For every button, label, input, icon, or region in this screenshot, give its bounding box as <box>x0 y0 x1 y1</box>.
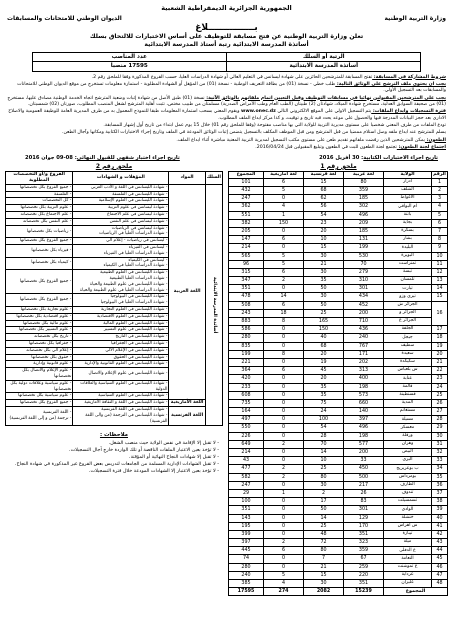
seats-cell: 10 <box>304 457 344 465</box>
wilaya-name-cell: مستغانم <box>384 408 432 416</box>
seats-cell: 68 <box>304 342 344 350</box>
qualification-row: اللغة الفرنسية- شهادة الليسانس في اللغة … <box>6 407 223 425</box>
wilaya-number-cell: 20 <box>432 350 448 358</box>
seats-cell: 452 <box>344 301 384 309</box>
diploma-line: - شهادة الليسانس في العلوم التجارية <box>74 307 167 313</box>
ministry-title: وزارة التربية الوطنية <box>384 15 446 22</box>
diploma-line: - شهادة ليسانس في علوم التربية <box>74 205 167 211</box>
seats-cell: 131 <box>344 236 384 244</box>
seats-cell: 80 <box>304 547 344 555</box>
seats-cell: 310 <box>344 277 384 285</box>
wilaya-row: 20سعيدة171208199 <box>229 350 448 358</box>
seats-cell: 577 <box>344 440 384 448</box>
seats-cell: 45 <box>304 367 344 375</box>
seats-cell: 17 <box>304 498 344 506</box>
diploma-cell: - شهادة الليسانس في العلوم الاقتصادية <box>73 313 169 320</box>
diploma-cell: - شهادة الليسانس في العلوم السياسية <box>73 393 169 400</box>
seats-cell: 573 <box>344 391 384 399</box>
seats-cell: 1 <box>264 211 304 219</box>
seats-cell: 70 <box>304 440 344 448</box>
diploma-cell: - ليسانس في رياضيات - إعلام آلي <box>73 238 169 245</box>
notes-list: - لا تقبل إلا الإقامة في نفس الولاية حيث… <box>9 440 219 476</box>
wilaya-row: 25قسنطينة573350608 <box>229 391 448 399</box>
seats-cell: 96 <box>229 260 264 268</box>
onec-website-link[interactable]: www.onec.dz <box>241 109 276 114</box>
diploma-cell: - شهادة الليسانس في العلوم الطبيعية- شها… <box>73 270 169 294</box>
wilaya-number-cell: 35 <box>432 473 448 481</box>
seats-cell: 0 <box>264 408 304 416</box>
seats-cell: 5 <box>264 252 304 260</box>
branches-cell: - جميع الفروع بكل تخصصاتها <box>6 238 73 245</box>
branches-cell: - علوم التسيير بكل تخصصاتها <box>6 327 73 334</box>
qualification-row: أساتذة المدرسة الابتدائيةاللغة العربية- … <box>6 184 223 191</box>
wilaya-name-cell: تسمسيلت <box>384 498 432 506</box>
seats-cell: 550 <box>229 424 264 432</box>
wilaya-number-cell: 29 <box>432 424 448 432</box>
branch-line: - علوم سياسية بكل تخصصاتها <box>7 393 71 399</box>
seats-cell: 6 <box>264 367 304 375</box>
wilaya-row: 7بسكرة185200205 <box>229 227 448 235</box>
seats-cell: 247 <box>229 195 264 203</box>
seats-cell: 50 <box>304 506 344 514</box>
seats-cell: 23 <box>304 219 344 227</box>
wilaya-row: 17الجلفة4361500586 <box>229 326 448 334</box>
seats-cell: 359 <box>344 187 384 195</box>
seats-cell: 6 <box>264 178 304 186</box>
wilaya-row: 18جيجل240400280 <box>229 334 448 342</box>
seats-cell: 362 <box>229 203 264 211</box>
paragraph-lead: اجتماع لجنة الطعون: <box>397 145 446 150</box>
qualification-row: اللغة الأمازيغية- شهادة الليسانس في اللغ… <box>6 400 223 407</box>
wilaya-number-cell: 5 <box>432 211 448 219</box>
wilaya-row: 29معسكر496540550 <box>229 424 448 432</box>
branch-line: - جميع الفروع بكل تخصصاتها <box>7 185 71 191</box>
seats-cell: 883 <box>229 318 264 326</box>
diploma-line: - شهادة الليسانس في العلوم المالية <box>74 321 167 327</box>
total-value-cell: 2082 <box>304 588 344 596</box>
annex1-section: ملحق رقم 1 الرقم الولاية لغة عربية لغة ف… <box>229 163 448 597</box>
wilaya-number-cell: 34 <box>432 465 448 473</box>
diploma-line: - شهادة الدراسات العليا في البيولوجيا <box>74 300 167 306</box>
wilaya-name-cell: الوادي <box>384 506 432 514</box>
wilaya-row: 44ع الدفلى359806445 <box>229 547 448 555</box>
wilaya-row: 1ادرار80156101 <box>229 178 448 186</box>
diploma-line: - شهادة الدراسات العليا في علوم الطبيعة … <box>74 288 167 294</box>
branch-line: - حقوق بكل تخصصاتها <box>7 355 71 361</box>
wilaya-row: 35بومرداس500802582 <box>229 473 448 481</box>
seats-cell: 835 <box>229 342 264 350</box>
wilaya-name-cell: س اهراس <box>384 522 432 530</box>
diploma-line: - شهادة الليسانس في العلوم السياسية والع… <box>74 381 167 393</box>
seats-cell: 30 <box>304 268 344 276</box>
seats-cell: 477 <box>229 465 264 473</box>
seats-cell: 0 <box>264 416 304 424</box>
seats-cell: 0 <box>264 227 304 235</box>
wilaya-name-cell: الجزائر غ <box>384 318 432 326</box>
written-exam-date-label: تاريخ اجراء الاختبارات الكتابية <box>363 155 438 161</box>
seats-cell: 530 <box>344 252 384 260</box>
wilaya-row: 36الطارف217300247 <box>229 481 448 489</box>
wilaya-name-cell: البليدة <box>384 244 432 252</box>
seats-cell: 5 <box>264 187 304 195</box>
seats-cell: 2 <box>264 277 304 285</box>
wilaya-name-cell: سعيدة <box>384 350 432 358</box>
office-title: الديوان الوطني للامتحانات والمسابقات <box>7 15 122 22</box>
wilaya-name-cell: بسكرة <box>384 227 432 235</box>
seats-cell: 497 <box>229 416 264 424</box>
seats-cell: 43 <box>229 457 264 465</box>
notes-section: ملاحظات : - لا تقبل إلا الإقامة في نفس ا… <box>5 431 223 476</box>
diploma-line: - شهادة الليسانس في الفلسفة <box>74 192 167 198</box>
seats-cell: 50 <box>304 301 344 309</box>
wilaya-number-cell: 28 <box>432 416 448 424</box>
wilaya-number-cell: 45 <box>432 555 448 563</box>
diploma-cell: - شهادة الليسانس في الفلسفة <box>73 191 169 198</box>
seats-cell: 0 <box>264 432 304 440</box>
branch-line: - علوم الإعلام والاتصال بكل تخصصاتها <box>7 368 71 380</box>
seats-cell: 150 <box>264 219 304 227</box>
wilaya-row: 6بجاية20923150382 <box>229 219 448 227</box>
paragraph: اجتماع لجنة الطعون: تجتمع لجنة الطعون لل… <box>7 145 446 152</box>
seats-cell: 165 <box>304 318 344 326</box>
seats-cell: 347 <box>229 277 264 285</box>
diploma-line: - شهادة الليسانس في الترجمة (من والى الل… <box>74 413 167 425</box>
seats-cell: 28 <box>304 432 344 440</box>
branches-cell: - رياضيات بكل تخصصاتها <box>6 225 73 238</box>
annex1-title: ملحق رقم 1 <box>229 163 448 170</box>
post-table-header-count: عدد المناصب <box>32 52 226 61</box>
seats-cell: 35 <box>304 383 344 391</box>
wilaya-name-cell: قسنطينة <box>384 391 432 399</box>
diploma-line: - شهادة الليسانس في اللغة و الأدب العربي <box>74 185 167 191</box>
seats-cell: 0 <box>264 555 304 563</box>
diploma-line: - شهادة الليسانس في الحقوق <box>74 355 167 361</box>
seats-cell: 399 <box>229 530 264 538</box>
republic-title: الجمهورية الجزائرية الديمقراطية الشعبية <box>5 4 448 12</box>
seats-cell: 101 <box>229 178 264 186</box>
wilaya-name-cell: البيض <box>384 449 432 457</box>
seats-cell: 67 <box>344 555 384 563</box>
paragraph: الطعون: يمكن للمترشحين الذين رفضت ملفاته… <box>7 138 446 145</box>
seats-cell: 200 <box>344 309 384 317</box>
seats-cell: 496 <box>344 424 384 432</box>
seats-cell: 35 <box>304 277 344 285</box>
annex1-header-tamazight: لغة امازيغية <box>264 171 304 178</box>
wilaya-number-cell: 4 <box>432 203 448 211</box>
seats-cell: 185 <box>344 227 384 235</box>
wilaya-name-cell: الجزائر ش <box>384 301 432 309</box>
annex2-header-diplomas: المؤهلات و الشهادات <box>73 171 169 184</box>
wilaya-name-cell: س بلعباس <box>384 367 432 375</box>
annex2-section: ملحق رقم 2 السلك المواد المؤهلات و الشها… <box>5 163 223 476</box>
seats-cell: 302 <box>344 203 384 211</box>
wilaya-name-cell: مسيلة <box>384 416 432 424</box>
branches-cell: - كيمياء بكل تخصصاتها <box>6 257 73 270</box>
seats-cell: 0 <box>264 522 304 530</box>
wilaya-number-cell: 21 <box>432 358 448 366</box>
seats-cell: 0 <box>264 285 304 293</box>
seats-cell: 199 <box>344 244 384 252</box>
seats-cell: 0 <box>264 449 304 457</box>
diploma-line: - شهادة الليسانس في علوم الإعلام والاتصا… <box>74 371 167 377</box>
wilaya-row: 11تمنراست7021596 <box>229 260 448 268</box>
branches-cell: - علوم سياسية وعلاقات دولية بكل تخصصاتها <box>6 380 73 393</box>
diploma-cell: - شهادة الليسانس في العلوم السياسية والع… <box>73 380 169 393</box>
seats-cell: 313 <box>344 367 384 375</box>
note-item: - لا تقبل إلا شهادات النجاح النهائية أو … <box>9 454 219 461</box>
seats-cell: 15 <box>304 178 344 186</box>
annex2-header-branches: الفروع و/أو التخصصات المطلوبة <box>6 171 73 184</box>
wilaya-name-cell: ميلة <box>384 539 432 547</box>
branch-line: - علوم التسيير بكل تخصصاتها <box>7 327 71 333</box>
seats-cell: 496 <box>344 211 384 219</box>
diploma-line: - شهادة الليسانس في الجغرافيا <box>74 341 167 347</box>
seats-cell: 200 <box>344 449 384 457</box>
wilaya-row: 9البليدة199150214 <box>229 244 448 252</box>
seats-cell: 80 <box>344 178 384 186</box>
wilaya-number-cell: 42 <box>432 530 448 538</box>
seats-cell: 323 <box>344 539 384 547</box>
wilaya-number-cell: 46 <box>432 563 448 571</box>
seats-cell: 420 <box>229 375 264 383</box>
branches-cell: - اللغة الفرنسية- ترجمة (من و إلى اللغة … <box>6 407 73 425</box>
branches-cell: - فيزياء بكل تخصصاتها <box>6 245 73 258</box>
wilaya-name-cell: جيجل <box>384 334 432 342</box>
branch-line: - علوم قانونية وإدارية <box>7 361 71 367</box>
seats-cell: 351 <box>229 285 264 293</box>
annex1-header-row: الرقم الولاية لغة عربية لغة فرنسية لغة ا… <box>229 171 448 178</box>
wilaya-name-cell: المدية <box>384 399 432 407</box>
body-paragraphs: شروط المشاركة في المسابقة: تفتح المسابقة… <box>5 74 448 153</box>
oral-exam-date: تاريخ اجراء اختبار شفهي للقبول النهائي: … <box>25 155 180 161</box>
seats-cell: 217 <box>344 481 384 489</box>
wilaya-row: 28مسيلة3971000497 <box>229 416 448 424</box>
wilaya-name-cell: تبسة <box>384 268 432 276</box>
seats-cell: 240 <box>229 571 264 579</box>
branches-cell: - إعلام آلي بكل تخصصاته <box>6 347 73 354</box>
seats-cell: 2 <box>264 465 304 473</box>
branches-cell: - علوم اقتصادية بكل تخصصاتها <box>6 313 73 320</box>
seats-cell: 2 <box>304 489 344 497</box>
seats-cell: 205 <box>229 227 264 235</box>
wilaya-number-cell: 23 <box>432 375 448 383</box>
seats-cell: 240 <box>344 334 384 342</box>
diploma-cell: - شهادة الليسانس في العلوم الإسلامية <box>73 198 169 205</box>
wilaya-row: 41س اهراس170250195 <box>229 522 448 530</box>
branch-line: - علم الاجتماع بكل تخصصاته <box>7 212 71 218</box>
seats-cell: 582 <box>229 473 264 481</box>
wilaya-number-cell: 17 <box>432 326 448 334</box>
seats-cell: 608 <box>229 391 264 399</box>
annex2-header-corps: السلك <box>205 171 222 184</box>
wilaya-name-cell: ام البواقي <box>384 203 432 211</box>
seats-cell: 147 <box>229 236 264 244</box>
annex1-header-num: الرقم <box>432 171 448 178</box>
seats-cell: 233 <box>229 383 264 391</box>
note-item: - لا تؤخذ بعين الاعتبار الملفات الناقصة … <box>9 447 219 454</box>
paragraph: يسلم للمترشح عند ايداع ملفه وصل استلام م… <box>7 130 446 137</box>
wilaya-name-cell: تندوف <box>384 489 432 497</box>
seats-cell: 397 <box>344 416 384 424</box>
branches-cell: - كل التخصصات <box>6 198 73 205</box>
written-exam-date-value: : 30 أفريل 2016 <box>319 155 363 161</box>
wilaya-row: 16الجزائر ش452506508 <box>229 301 448 309</box>
seats-cell: 70 <box>344 260 384 268</box>
paragraph-lead: يجب على المترشحين المقبولين نهائيا في مس… <box>205 96 446 101</box>
wilaya-number-cell: 1 <box>432 178 448 186</box>
branches-cell: - علوم الإعلام والاتصال بكل تخصصاتها <box>6 368 73 381</box>
wilaya-number-cell: 14 <box>432 285 448 293</box>
wilaya-name-cell: ورقلة <box>384 432 432 440</box>
diploma-line: - شهادة الليسانس في العلوم الاقتصادية <box>74 314 167 320</box>
diploma-cell: - شهادة الليسانس في البيولوجيا- شهادة ال… <box>73 294 169 307</box>
paragraph-lead: فترة التسجيلات وايداع الملفات: <box>371 109 446 114</box>
seats-cell: 83 <box>344 498 384 506</box>
wilaya-name-cell: خنشلة <box>384 514 432 522</box>
wilaya-name-cell: تيبازة <box>384 530 432 538</box>
wilaya-row: 4ام البواقي302564362 <box>229 203 448 211</box>
seats-cell: 14 <box>304 514 344 522</box>
seats-cell: 21 <box>304 563 344 571</box>
seats-cell: 15 <box>304 571 344 579</box>
branch-line: - الفلسفة <box>7 192 71 198</box>
annex2-title: ملحق رقم 2 <box>5 163 223 170</box>
seats-cell: 30 <box>304 580 344 588</box>
branches-cell: - جميع الفروع بكل تخصصاتها <box>6 184 73 191</box>
diploma-cell: - شهادة الليسانس في الحقوق <box>73 354 169 361</box>
seats-cell: 20 <box>304 227 344 235</box>
diploma-cell: - شهادة الليسانس في اللغة و الثقافة الأم… <box>73 400 169 407</box>
seats-cell: 10 <box>304 236 344 244</box>
seats-cell: 767 <box>344 342 384 350</box>
total-value-cell: 17595 <box>229 588 264 596</box>
wilaya-name-cell: ع الدفلى <box>384 547 432 555</box>
paragraph-lead: شروط المشاركة في المسابقة: <box>372 75 446 80</box>
seats-cell: 29 <box>229 489 264 497</box>
seats-cell: 20 <box>304 375 344 383</box>
wilaya-row: 3الاغواط185620247 <box>229 195 448 203</box>
branch-line: - جغرافيا بكل تخصصاتها <box>7 341 71 347</box>
branches-cell: - جغرافيا بكل تخصصاتها <box>6 340 73 347</box>
wilaya-row: 48غليزان351304385 <box>229 580 448 588</box>
total-label-cell: المجموع <box>384 588 448 596</box>
seats-cell: 445 <box>229 547 264 555</box>
wilaya-name-cell: تلمسان <box>384 277 432 285</box>
branch-line: - تاريخ بكل تخصصاته <box>7 334 71 340</box>
seats-cell: 50 <box>304 285 344 293</box>
annex2-header-subject: المواد <box>169 171 205 184</box>
seats-cell: 185 <box>344 195 384 203</box>
paragraph: يجب على المترشحين المقبولين نهائيا في مس… <box>7 96 446 109</box>
seats-cell: 0 <box>264 481 304 489</box>
seats-cell: 0 <box>264 506 304 514</box>
seats-cell: 500 <box>344 473 384 481</box>
written-exam-date: تاريخ اجراء الاختبارات الكتابية: 30 أفري… <box>319 155 438 161</box>
annex2-header-row: السلك المواد المؤهلات و الشهادات الفروع … <box>6 171 223 184</box>
diploma-cell: - شهادة الليسانس في التاريخ <box>73 334 169 341</box>
seats-cell: 0 <box>264 399 304 407</box>
seats-cell: 0 <box>264 326 304 334</box>
wilaya-row: 46ع تموشنت259210280 <box>229 563 448 571</box>
wilaya-number-cell: 16 <box>432 301 448 326</box>
seats-cell: 7 <box>304 555 344 563</box>
seats-cell: 14 <box>264 293 304 301</box>
wilaya-number-cell: 2 <box>432 187 448 195</box>
diploma-line: - شهادة الليسانس في التاريخ <box>74 334 167 340</box>
diploma-line: - شهادة الدراسات العليا في الرياضيات <box>74 231 167 237</box>
seats-cell: 195 <box>229 522 264 530</box>
wilaya-row: 27مستغانم140240164 <box>229 408 448 416</box>
seats-cell: 4 <box>264 580 304 588</box>
seats-cell: 140 <box>344 408 384 416</box>
diploma-line: - ليسانس في رياضيات - إعلام آلي <box>74 238 167 244</box>
seats-cell: 280 <box>229 563 264 571</box>
diploma-cell: - شهادة الليسانس في الإعلام الآلي <box>73 347 169 354</box>
branch-line: - علوم اقتصادية بكل تخصصاتها <box>7 314 71 320</box>
seats-cell: 0 <box>264 342 304 350</box>
annex1-header-french: لغة فرنسية <box>304 171 344 178</box>
diploma-line: - شهادة الليسانس في علوم التسيير <box>74 327 167 333</box>
seats-cell: 0 <box>264 457 304 465</box>
seats-cell: 48 <box>304 530 344 538</box>
seats-cell: 0 <box>264 244 304 252</box>
wilaya-row: 21سكيكدة202190221 <box>229 358 448 366</box>
total-value-cell: 15239 <box>344 588 384 596</box>
branch-line: - فيزياء بكل تخصصاتها <box>7 248 71 254</box>
seats-cell: 21 <box>304 260 344 268</box>
diploma-line: - شهادة ليسانس في علم الاجتماع <box>74 212 167 218</box>
diploma-cell: - شهادة ليسانس في علوم التربية <box>73 205 169 212</box>
branches-cell: - جميع الفروع بكل تخصصاتها <box>6 294 73 307</box>
wilaya-number-cell: 26 <box>432 399 448 407</box>
seats-cell: 5 <box>264 260 304 268</box>
seats-cell: 0 <box>264 563 304 571</box>
seats-cell: 100 <box>304 416 344 424</box>
seats-cell: 143 <box>229 514 264 522</box>
seats-cell: 14 <box>304 449 344 457</box>
seats-cell: 660 <box>344 399 384 407</box>
branches-cell: - علوم سياسية بكل تخصصاتها <box>6 393 73 400</box>
diploma-cell: - شهادة الليسانس في اللغة الفرنسية- شهاد… <box>73 407 169 425</box>
wilaya-number-cell: 12 <box>432 268 448 276</box>
seats-cell: 15 <box>304 244 344 252</box>
seats-cell: 30 <box>304 252 344 260</box>
wilaya-name-cell: تيزي وزو <box>384 293 432 301</box>
wilaya-number-cell: 9 <box>432 244 448 252</box>
seats-cell: 25 <box>304 522 344 530</box>
wilaya-row: 22س بلعباس313456364 <box>229 367 448 375</box>
seats-cell: 0 <box>264 530 304 538</box>
seats-cell: 202 <box>344 358 384 366</box>
seats-cell: 33 <box>344 457 384 465</box>
diploma-cell: - شهادة ليسانس في الرياضيات- شهادة الدرا… <box>73 225 169 238</box>
corps-label: أساتذة المدرسة الابتدائية <box>211 277 217 333</box>
seats-cell: 171 <box>344 350 384 358</box>
seats-cell: 247 <box>229 481 264 489</box>
annex1-table: الرقم الولاية لغة عربية لغة فرنسية لغة ا… <box>228 171 448 597</box>
seats-cell: 221 <box>229 358 264 366</box>
branch-line: - كل التخصصات <box>7 198 71 204</box>
seats-cell: 351 <box>344 530 384 538</box>
wilaya-number-cell: 32 <box>432 449 448 457</box>
diploma-line: - شهادة الليسانس في العلوم السياسية <box>74 393 167 399</box>
seats-cell: 100 <box>229 498 264 506</box>
seats-cell: 0 <box>264 514 304 522</box>
seats-cell: 0 <box>264 334 304 342</box>
wilaya-row: 37تندوف262129 <box>229 489 448 497</box>
branches-cell: - علوم مالية بكل تخصصاتها <box>6 320 73 327</box>
diploma-cell: - شهادة ليسانس في علم الاجتماع <box>73 212 169 219</box>
